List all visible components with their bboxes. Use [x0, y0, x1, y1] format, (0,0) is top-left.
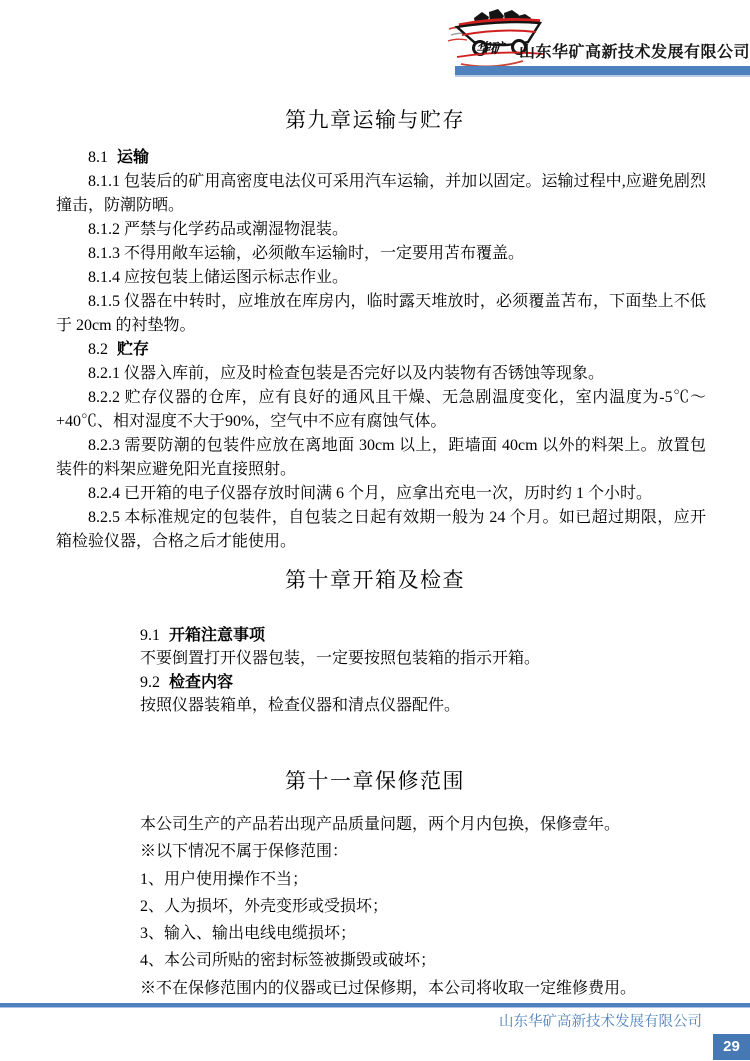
chapter9-title: 第九章运输与贮存: [0, 106, 750, 134]
header-divider: [455, 66, 750, 77]
paragraph: 不要倒置打开仪器包装，一定要按照包装箱的指示开箱。: [140, 647, 540, 670]
section-heading: 8.1运输: [56, 146, 706, 170]
paragraph: 8.2.5 本标准规定的包装件，自包装之日起有效期一般为 24 个月。如已超过期…: [56, 506, 706, 554]
section-heading: 9.1开箱注意事项: [140, 624, 540, 647]
paragraph: ※以下情况不属于保修范围：: [140, 838, 636, 865]
paragraph: 8.2.1 仪器入库前，应及时检查包装是否完好以及内装物有否锈蚀等现象。: [56, 362, 706, 386]
chapter10-title: 第十章开箱及检查: [0, 566, 750, 594]
list-item: 1、用户使用操作不当；: [140, 866, 636, 893]
paragraph: 本公司生产的产品若出现产品质量问题，两个月内包换，保修壹年。: [140, 811, 636, 838]
paragraph: 8.1.4 应按包装上储运图示标志作业。: [56, 266, 706, 290]
list-item: 4、本公司所贴的密封标签被撕毁或破坏；: [140, 947, 636, 974]
paragraph: ※不在保修范围内的仪器或已过保修期，本公司将收取一定维修费用。: [140, 975, 636, 1002]
chapter9-body: 8.1运输 8.1.1 包装后的矿用高密度电法仪可采用汽车运输，并加以固定。运输…: [56, 146, 706, 554]
page-number-badge: 29: [713, 1034, 750, 1060]
paragraph: 8.1.5 仪器在中转时，应堆放在库房内，临时露天堆放时，必须覆盖苫布，下面垫上…: [56, 290, 706, 338]
paragraph: 8.2.4 已开箱的电子仪器存放时间满 6 个月，应拿出充电一次，历时约 1 个…: [56, 482, 706, 506]
paragraph: 8.2.2 贮存仪器的仓库，应有良好的通风且干燥、无急剧温度变化，室内温度为-5…: [56, 386, 706, 434]
footer-divider: [0, 1003, 750, 1008]
section-heading: 8.2贮存: [56, 338, 706, 362]
footer-company-name: 山东华矿高新技术发展有限公司: [499, 1010, 702, 1031]
list-item: 3、输入、输出电线电缆损坏；: [140, 920, 636, 947]
list-item: 2、人为损坏，外壳变形或受损坏；: [140, 893, 636, 920]
paragraph: 8.1.2 严禁与化学药品或潮湿物混装。: [56, 218, 706, 242]
paragraph: 8.1.3 不得用敞车运输，必须敞车运输时，一定要用苫布覆盖。: [56, 242, 706, 266]
header-company-name: 山东华矿高新技术发展有限公司: [519, 39, 750, 62]
paragraph: 8.2.3 需要防潮的包装件应放在离地面 30cm 以上，距墙面 40cm 以外…: [56, 434, 706, 482]
chapter11-title: 第十一章保修范围: [0, 767, 750, 795]
paragraph: 按照仪器装箱单，检查仪器和清点仪器配件。: [140, 694, 540, 717]
section-heading: 9.2检查内容: [140, 671, 540, 694]
chapter11-body: 本公司生产的产品若出现产品质量问题，两个月内包换，保修壹年。 ※以下情况不属于保…: [140, 811, 636, 1002]
document-page: 华矿 山东华矿高新技术发展有限公司 第九章运输与贮存 8.1运输 8.1.1 包…: [0, 0, 750, 1061]
logo-brand-text: 华矿: [464, 38, 516, 58]
chapter10-body: 9.1开箱注意事项 不要倒置打开仪器包装，一定要按照包装箱的指示开箱。 9.2检…: [140, 624, 540, 718]
paragraph: 8.1.1 包装后的矿用高密度电法仪可采用汽车运输，并加以固定。运输过程中,应避…: [56, 170, 706, 218]
